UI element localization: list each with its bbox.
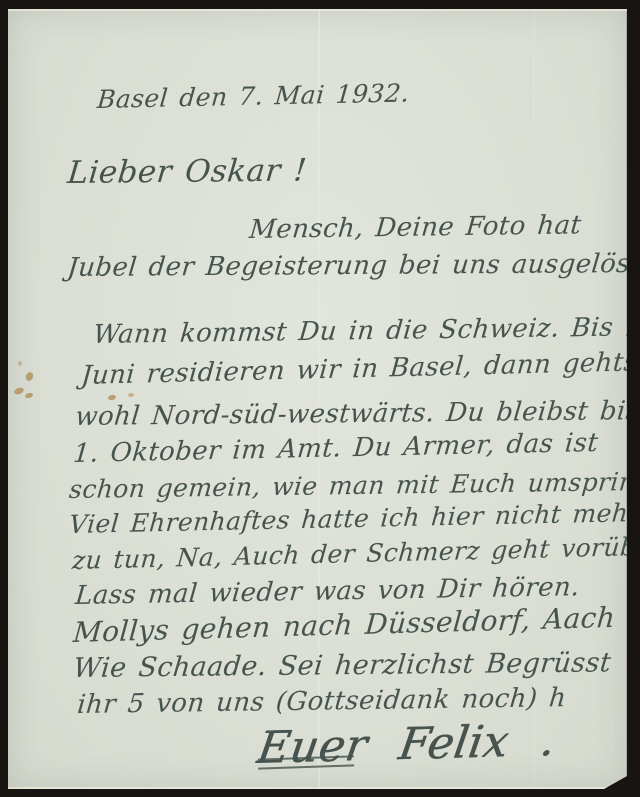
letter-body-line: Wann kommst Du in die Schweiz. Bis 1. [92, 312, 640, 350]
letter-salutation: Lieber Oskar ! [66, 152, 308, 191]
foxing-spot [24, 392, 33, 399]
letter-body-line: 1. Oktober im Amt. Du Armer, das ist [72, 428, 599, 469]
letter-body-line: zu tun, Na, Auch der Schmerz geht vorübe… [71, 531, 640, 575]
letter-place-date: Basel den 7. Mai 1932. [96, 78, 411, 114]
foxing-spot [24, 371, 34, 382]
letter-body-line: ihr 5 von uns (Gottseidank noch) h [76, 683, 568, 720]
letter-body-line: Juni residieren wir in Basel, dann gehts [80, 347, 639, 391]
letter-body-line: Viel Ehrenhaftes hatte ich hier nicht me… [68, 498, 640, 539]
letter-paper: Basel den 7. Mai 1932. Lieber Oskar ! Me… [8, 9, 627, 789]
foxing-spot [128, 393, 135, 398]
letter-body-line: wohl Nord-süd-westwärts. Du bleibst bis [74, 396, 640, 432]
letter-body-line: Wie Schaade. Sei herzlichst Begrüsst [72, 647, 613, 684]
foxing-spot [13, 386, 24, 395]
scan-background: { "colors": { "bg": "#171412", "paper": … [0, 0, 640, 797]
letter-body-line: schon gemein, wie man mit Euch umspringt… [68, 467, 640, 504]
foxing-spot [17, 360, 23, 366]
letter-body-line: Mensch, Deine Foto hat [248, 210, 583, 245]
foxing-spot [108, 394, 117, 400]
letter-body-line: Jubel der Begeisterung bei uns ausgelöst… [66, 249, 640, 283]
